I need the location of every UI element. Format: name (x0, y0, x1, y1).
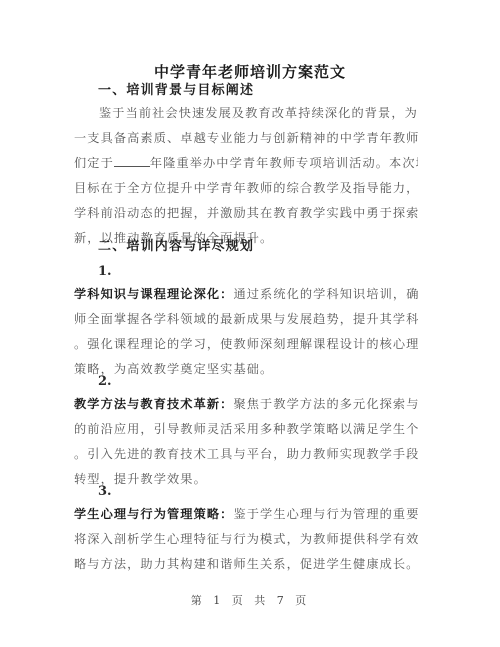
paragraph-line: 师全面掌握各学科领域的最新成果与发展趋势，提升其学科专业素养 (74, 307, 418, 332)
paragraph-line-with-blank: 们定于年隆重举办中学青年教师专项培训活动。本次培训的核心 (74, 151, 418, 176)
section-heading-background: 一、培训背景与目标阐述 (98, 81, 254, 101)
paragraph-line: 一支具备高素质、卓越专业能力与创新精神的中学青年教师队伍，我 (74, 126, 418, 151)
item-line-text: 鉴于学生心理与行为管理的重要性，培训 (233, 507, 418, 521)
paragraph-line: 学科知识与课程理论深化：通过系统化的学科知识培训，确保青年教 (74, 282, 418, 307)
item-line-text: 通过系统化的学科知识培训，确保青年教 (233, 287, 418, 301)
paragraph-line: 的前沿应用，引导教师灵活采用多种教学策略以满足学生个性化需求 (74, 417, 418, 442)
paragraph-line: 策略，为高效教学奠定坚实基础。 (74, 357, 418, 382)
item-number: 3. (98, 482, 112, 502)
item-paragraph-subject-knowledge: 学科知识与课程理论深化：通过系统化的学科知识培训，确保青年教 师全面掌握各学科领… (74, 282, 418, 382)
paragraph-line: 转型，提升教学效果。 (74, 467, 418, 492)
fill-in-blank (114, 154, 150, 167)
paragraph-line: 目标在于全方位提升中学青年教师的综合教学及指导能力，深化其对 (74, 176, 418, 201)
item-paragraph-teaching-methods: 教学方法与教育技术革新：聚焦于教学方法的多元化探索与教育技术 的前沿应用，引导教… (74, 392, 418, 492)
item-lead: 学科知识与课程理论深化： (74, 287, 233, 301)
item-paragraph-student-psychology: 学生心理与行为管理策略：鉴于学生心理与行为管理的重要性，培训 将深入剖析学生心理… (74, 502, 418, 577)
paragraph-line: 教学方法与教育技术革新：聚焦于教学方法的多元化探索与教育技术 (74, 392, 418, 417)
document-title: 中学青年老师培训方案范文 (0, 61, 500, 83)
page-footer: 第 1 页 共 7 页 (0, 592, 500, 608)
paragraph-line: 。强化课程理论的学习，使教师深刻理解课程设计的核心理念与实施 (74, 332, 418, 357)
item-lead: 教学方法与教育技术革新： (74, 397, 233, 411)
paragraph-line: 。引入先进的教育技术工具与平台，助力教师实现教学手段的现代化 (74, 442, 418, 467)
paragraph-line: 学科前沿动态的把握，并激励其在教育教学实践中勇于探索、积极创 (74, 201, 418, 226)
paragraph-line: 将深入剖析学生心理特征与行为模式，为教师提供科学有效的管理策 (74, 527, 418, 552)
paragraph-line: 学生心理与行为管理策略：鉴于学生心理与行为管理的重要性，培训 (74, 502, 418, 527)
paragraph-line: 鉴于当前社会快速发展及教育改革持续深化的背景，为着力打造 (74, 101, 418, 126)
item-line-text: 聚焦于教学方法的多元化探索与教育技术 (233, 397, 418, 411)
document-page: 中学青年老师培训方案范文 一、培训背景与目标阐述 鉴于当前社会快速发展及教育改革… (0, 0, 500, 647)
section-background-paragraph: 鉴于当前社会快速发展及教育改革持续深化的背景，为着力打造 一支具备高素质、卓越专… (74, 101, 418, 251)
line-suffix: 年隆重举办中学青年教师专项培训活动。本次培训的核心 (150, 156, 418, 170)
item-lead: 学生心理与行为管理策略： (74, 507, 233, 521)
paragraph-line: 略与方法，助力其构建和谐师生关系，促进学生健康成长。 (74, 552, 418, 577)
item-number: 1. (98, 262, 112, 282)
line-prefix: 们定于 (74, 156, 114, 170)
item-number: 2. (98, 372, 112, 392)
section-heading-content-plan: 二、培训内容与详尽规划 (98, 237, 254, 257)
